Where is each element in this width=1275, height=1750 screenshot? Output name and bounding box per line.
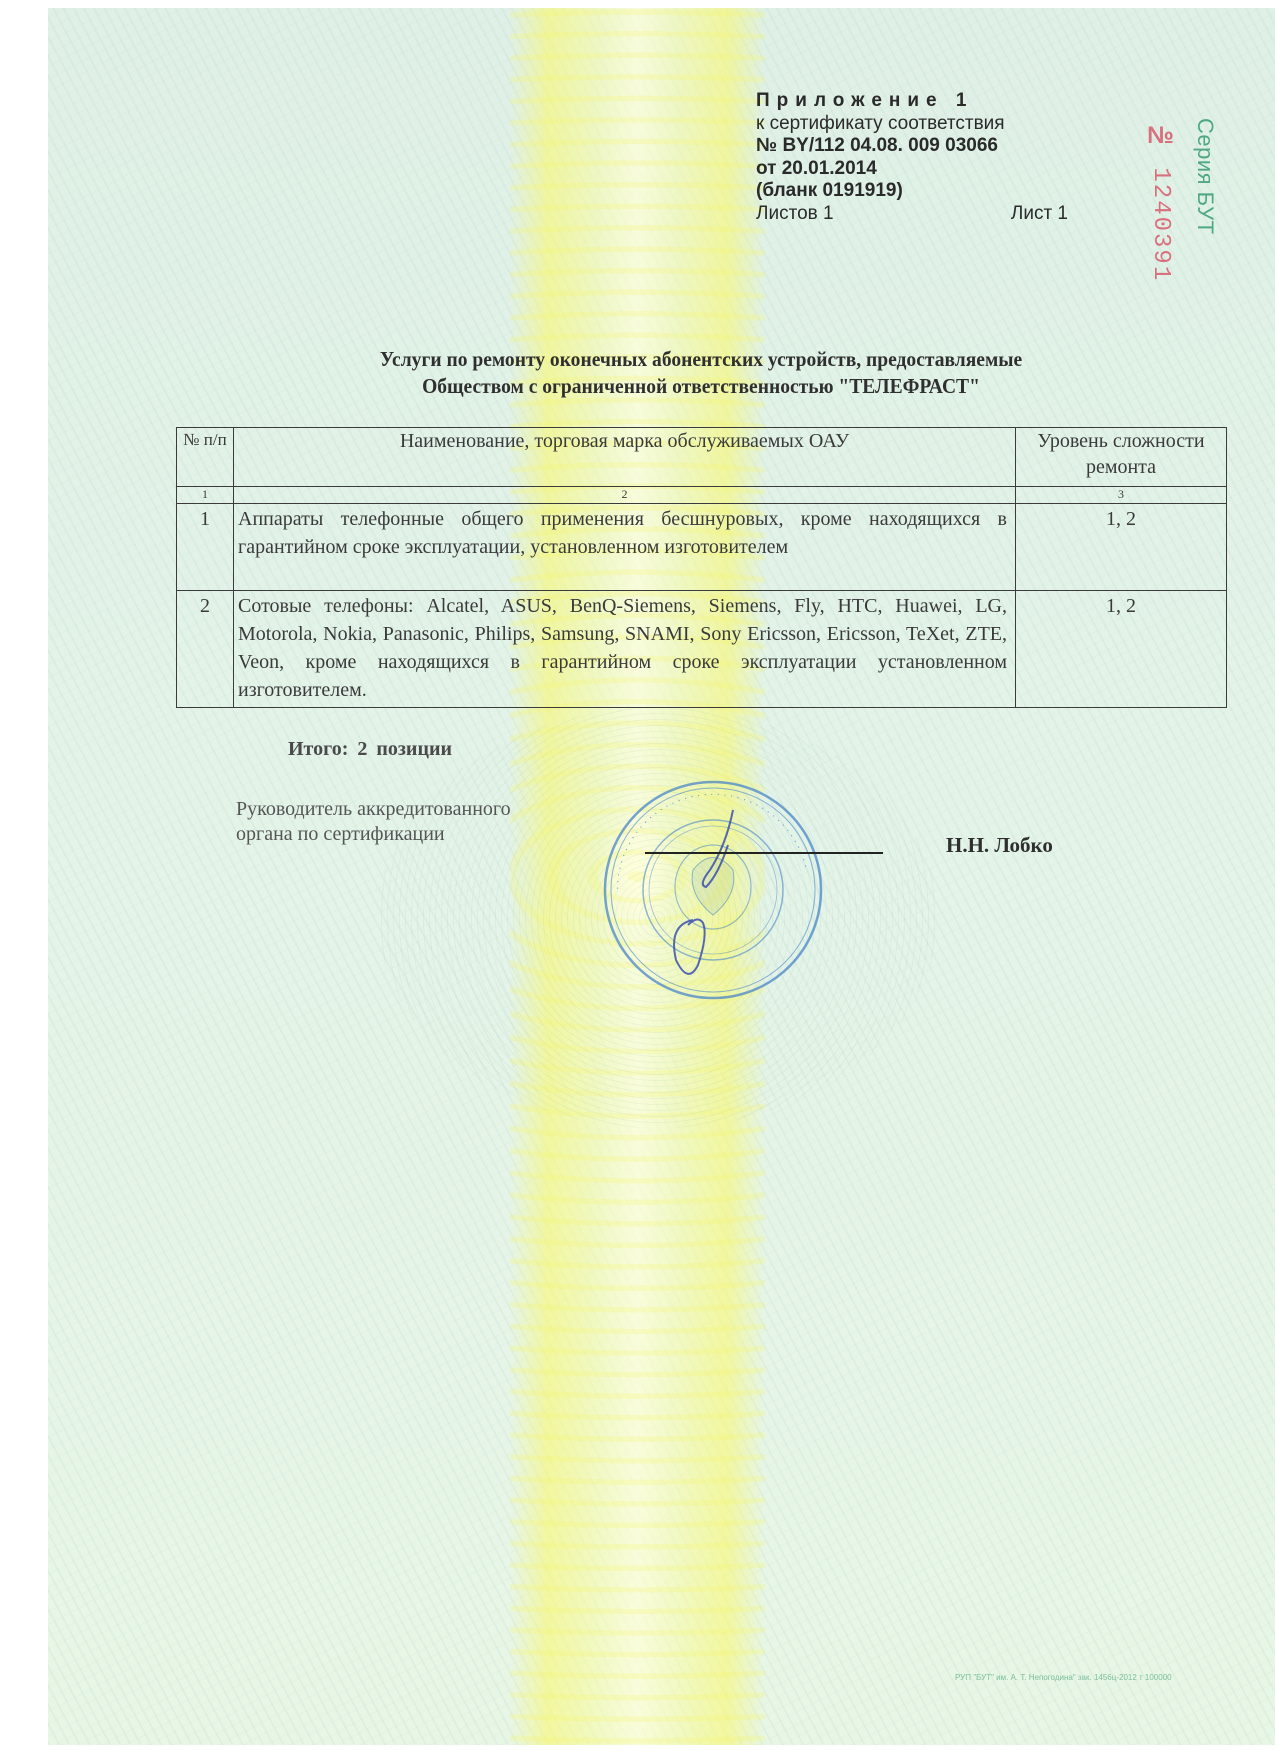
appendix-header: Приложение 1 к сертификату соответствия … xyxy=(756,90,1068,225)
number-sign: № xyxy=(1147,122,1174,151)
signer-name: Н.Н. Лобко xyxy=(946,833,1053,858)
certificate-date: от 20.01.2014 xyxy=(756,158,1068,181)
row-level: 1, 2 xyxy=(1016,504,1227,591)
signatory-title: Руководитель аккредитованного органа по … xyxy=(236,797,511,847)
header-level: Уровень сложности ремонта xyxy=(1016,428,1227,487)
document-title-line-1: Услуги по ремонту оконечных абонентских … xyxy=(213,346,1190,373)
header-name: Наименование, торговая марка обслуживаем… xyxy=(234,428,1016,487)
row-name: Сотовые телефоны: Alcatel, ASUS, BenQ-Si… xyxy=(234,591,1016,708)
row-number: 2 xyxy=(177,591,234,708)
services-table: № п/п Наименование, торговая марка обслу… xyxy=(176,427,1227,708)
serial-value: 1240391 xyxy=(1147,167,1174,282)
table-header-row: № п/п Наименование, торговая марка обслу… xyxy=(177,428,1227,487)
document-title: Услуги по ремонту оконечных абонентских … xyxy=(213,346,1190,400)
row-name: Аппараты телефонные общего применения бе… xyxy=(234,504,1016,591)
document-title-line-2: Обществом с ограниченной ответственность… xyxy=(213,373,1190,400)
official-seal-icon: · · · · · · · · · · · · · · · · · · · · … xyxy=(598,775,828,1005)
printer-imprint: РУП "БУТ" им. А. Т. Непогодина" зак. 145… xyxy=(955,1673,1172,1682)
column-index: 1 xyxy=(177,487,234,504)
sheet-current: Лист 1 xyxy=(1011,203,1068,226)
certificate-number: № BY/112 04.08. 009 03066 xyxy=(756,135,1068,158)
appendix-title: Приложение 1 xyxy=(756,90,1068,113)
row-level: 1, 2 xyxy=(1016,591,1227,708)
blank-series: Серия БУТ xyxy=(1192,118,1218,235)
row-number: 1 xyxy=(177,504,234,591)
blank-serial-number: № 1240391 xyxy=(1146,122,1174,282)
sheets-total: Листов 1 xyxy=(756,203,834,226)
column-index: 3 xyxy=(1016,487,1227,504)
sheet-info: Листов 1 Лист 1 xyxy=(756,203,1068,226)
blank-number: (бланк 0191919) xyxy=(756,180,1068,203)
table-row: 1 Аппараты телефонные общего применения … xyxy=(177,504,1227,591)
signatory-title-line-2: органа по сертификации xyxy=(236,822,511,847)
table-row: 2 Сотовые телефоны: Alcatel, ASUS, BenQ-… xyxy=(177,591,1227,708)
appendix-subtitle: к сертификату соответствия xyxy=(756,113,1068,136)
signatory-title-line-1: Руководитель аккредитованного xyxy=(236,797,511,822)
header-no: № п/п xyxy=(177,428,234,487)
column-index: 2 xyxy=(234,487,1016,504)
total-positions: Итого: 2 позиции xyxy=(288,738,452,761)
column-index-row: 1 2 3 xyxy=(177,487,1227,504)
signature-line xyxy=(645,852,883,854)
